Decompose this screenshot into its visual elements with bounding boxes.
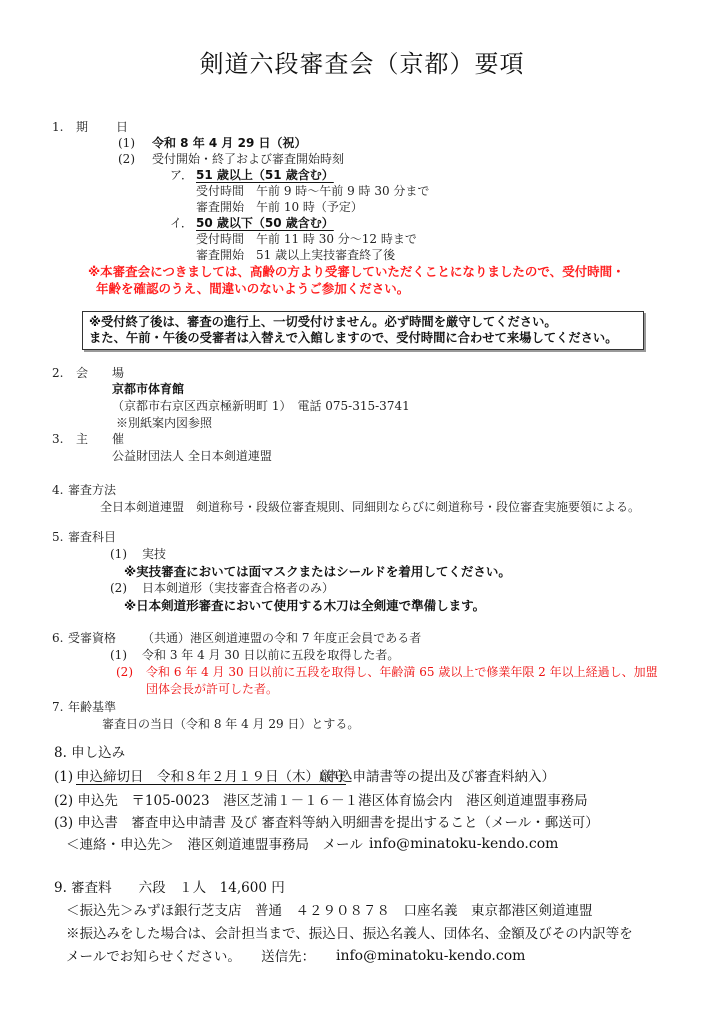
section-heading: 8. 申し込み	[54, 745, 125, 761]
sub-label: イ．	[170, 216, 193, 230]
section-number: 6.	[52, 631, 63, 645]
item-text: 受付開始・終了および審査開始時刻	[152, 152, 344, 166]
exam-date: 令和 8 年 4 月 29 日（祝）	[152, 136, 306, 150]
subject-note: ※日本剣道形審査において使用する木刀は全剣連で準備します。	[124, 598, 485, 613]
section-heading: 年齢基準	[68, 700, 116, 714]
section-number: 5.	[52, 530, 63, 544]
page-title: 剣道六段審査会（京都）要項	[0, 50, 724, 79]
bank-account: ＜振込先＞みずほ銀行芝支店 普通 ４２９０８７８ 口座名義 東京都港区剣道連盟	[66, 903, 593, 919]
requirement-text: 団体会長が許可した者。	[146, 682, 278, 696]
warning-note: 年齢を確認のうえ、間違いのないようご参加ください。	[96, 281, 409, 296]
application-deadline: 申込締切日 令和８年２月１９日（木）厳守	[76, 769, 346, 785]
section-heading: 主	[76, 432, 88, 446]
send-to-email-link[interactable]: info@minatoku-kendo.com	[336, 948, 525, 965]
section-heading: 場	[112, 366, 124, 380]
notice-line: また、午前・午後の受審者は入替えで入館しますので、受付時間に合わせて来場してくだ…	[89, 331, 618, 346]
application-address: (2) 申込先 〒105-0023 港区芝浦１－１６－１港区体育協会内 港区剣道…	[54, 793, 588, 809]
section-heading: 審査科目	[68, 530, 116, 544]
subject-note: ※実技審査においては面マスクまたはシールドを着用してください。	[124, 564, 511, 579]
application-documents: (3) 申込書 審査申込申請書 及び 審査料等納入明細書を提出すること（メール・…	[54, 815, 599, 831]
item-number: (1)	[110, 648, 127, 662]
map-note: ※別紙案内図参照	[116, 416, 212, 430]
common-requirement: （共通）港区剣道連盟の令和 7 年度正会員である者	[142, 631, 421, 645]
section-number: 3.	[52, 432, 63, 446]
organizer-name: 公益財団法人 全日本剣道連盟	[112, 449, 272, 463]
reception-time: 受付時間 午前 9 時～午前 9 時 30 分まで	[196, 184, 429, 198]
sub-label: ア．	[170, 168, 193, 182]
section-number: 7.	[52, 700, 63, 714]
age-standard-text: 審査日の当日（令和 8 年 4 月 29 日）とする。	[102, 717, 359, 731]
section-heading: 審査方法	[68, 483, 116, 497]
venue-address: （京都市右京区西京極新明町 1） 電話 075-315-3741	[112, 399, 410, 413]
item-number: (2)	[118, 152, 135, 166]
warning-note: ※本審査会につきましては、高齢の方より受審していただくことになりましたので、受付…	[88, 264, 625, 279]
section-heading: 受審資格	[68, 631, 116, 645]
transfer-note: メールでお知らせください。 送信先：	[66, 949, 315, 965]
requirement-text: 令和 3 年 4 月 30 日以前に五段を取得した者。	[142, 648, 399, 662]
notice-line: ※受付終了後は、審査の進行上、一切受付けません。必ず時間を厳守してください。	[89, 315, 557, 330]
section-heading: 日	[116, 120, 128, 134]
venue-name: 京都市体育館	[112, 382, 184, 396]
item-number: (1)	[118, 136, 135, 150]
section-heading: 会	[76, 366, 88, 380]
item-text: 日本剣道形（実技審査合格者のみ）	[142, 581, 334, 595]
requirement-text: 令和 6 年 4 月 30 日以前に五段を取得し、年齢満 65 歳以上で修業年限…	[146, 665, 658, 679]
method-text: 全日本剣道連盟 剣道称号・段級位審査規則、同細則ならびに剣道称号・段位審査実施要…	[100, 500, 640, 514]
section-heading: 催	[112, 432, 124, 446]
contact-email-link[interactable]: info@minatoku-kendo.com	[369, 836, 558, 853]
notice-box: ※受付終了後は、審査の進行上、一切受付けません。必ず時間を厳守してください。 ま…	[82, 311, 644, 350]
transfer-note: ※振込みをした場合は、会計担当まで、振込日、振込名義人、団体名、金額及びその内訳…	[66, 926, 633, 942]
section-number: 2.	[52, 366, 63, 380]
section-number: 4.	[52, 483, 63, 497]
exam-start-time: 審査開始 午前 10 時（予定）	[196, 200, 363, 214]
exam-start-time: 審査開始 51 歳以上実技審査終了後	[196, 248, 395, 262]
item-text: 実技	[142, 547, 166, 561]
item-number: (2)	[116, 665, 133, 679]
item-number: (1)	[110, 547, 127, 561]
age-group-title: 51 歳以上（51 歳含む）	[196, 168, 334, 182]
section-number: 1.	[52, 120, 63, 134]
section-heading: 期	[76, 120, 88, 134]
reception-time: 受付時間 午前 11 時 30 分～12 時まで	[196, 232, 417, 246]
section-heading: 9. 審査料 六段 １人 14,600 円	[54, 880, 285, 896]
item-number: (2)	[110, 581, 127, 595]
item-number: (1)	[54, 769, 73, 785]
deadline-note: （申込申請書等の提出及び審査料納入）	[312, 769, 555, 785]
contact-label: ＜連絡・申込先＞ 港区剣道連盟事務局 メール	[66, 837, 363, 853]
age-group-title: 50 歳以下（50 歳含む）	[196, 216, 334, 230]
